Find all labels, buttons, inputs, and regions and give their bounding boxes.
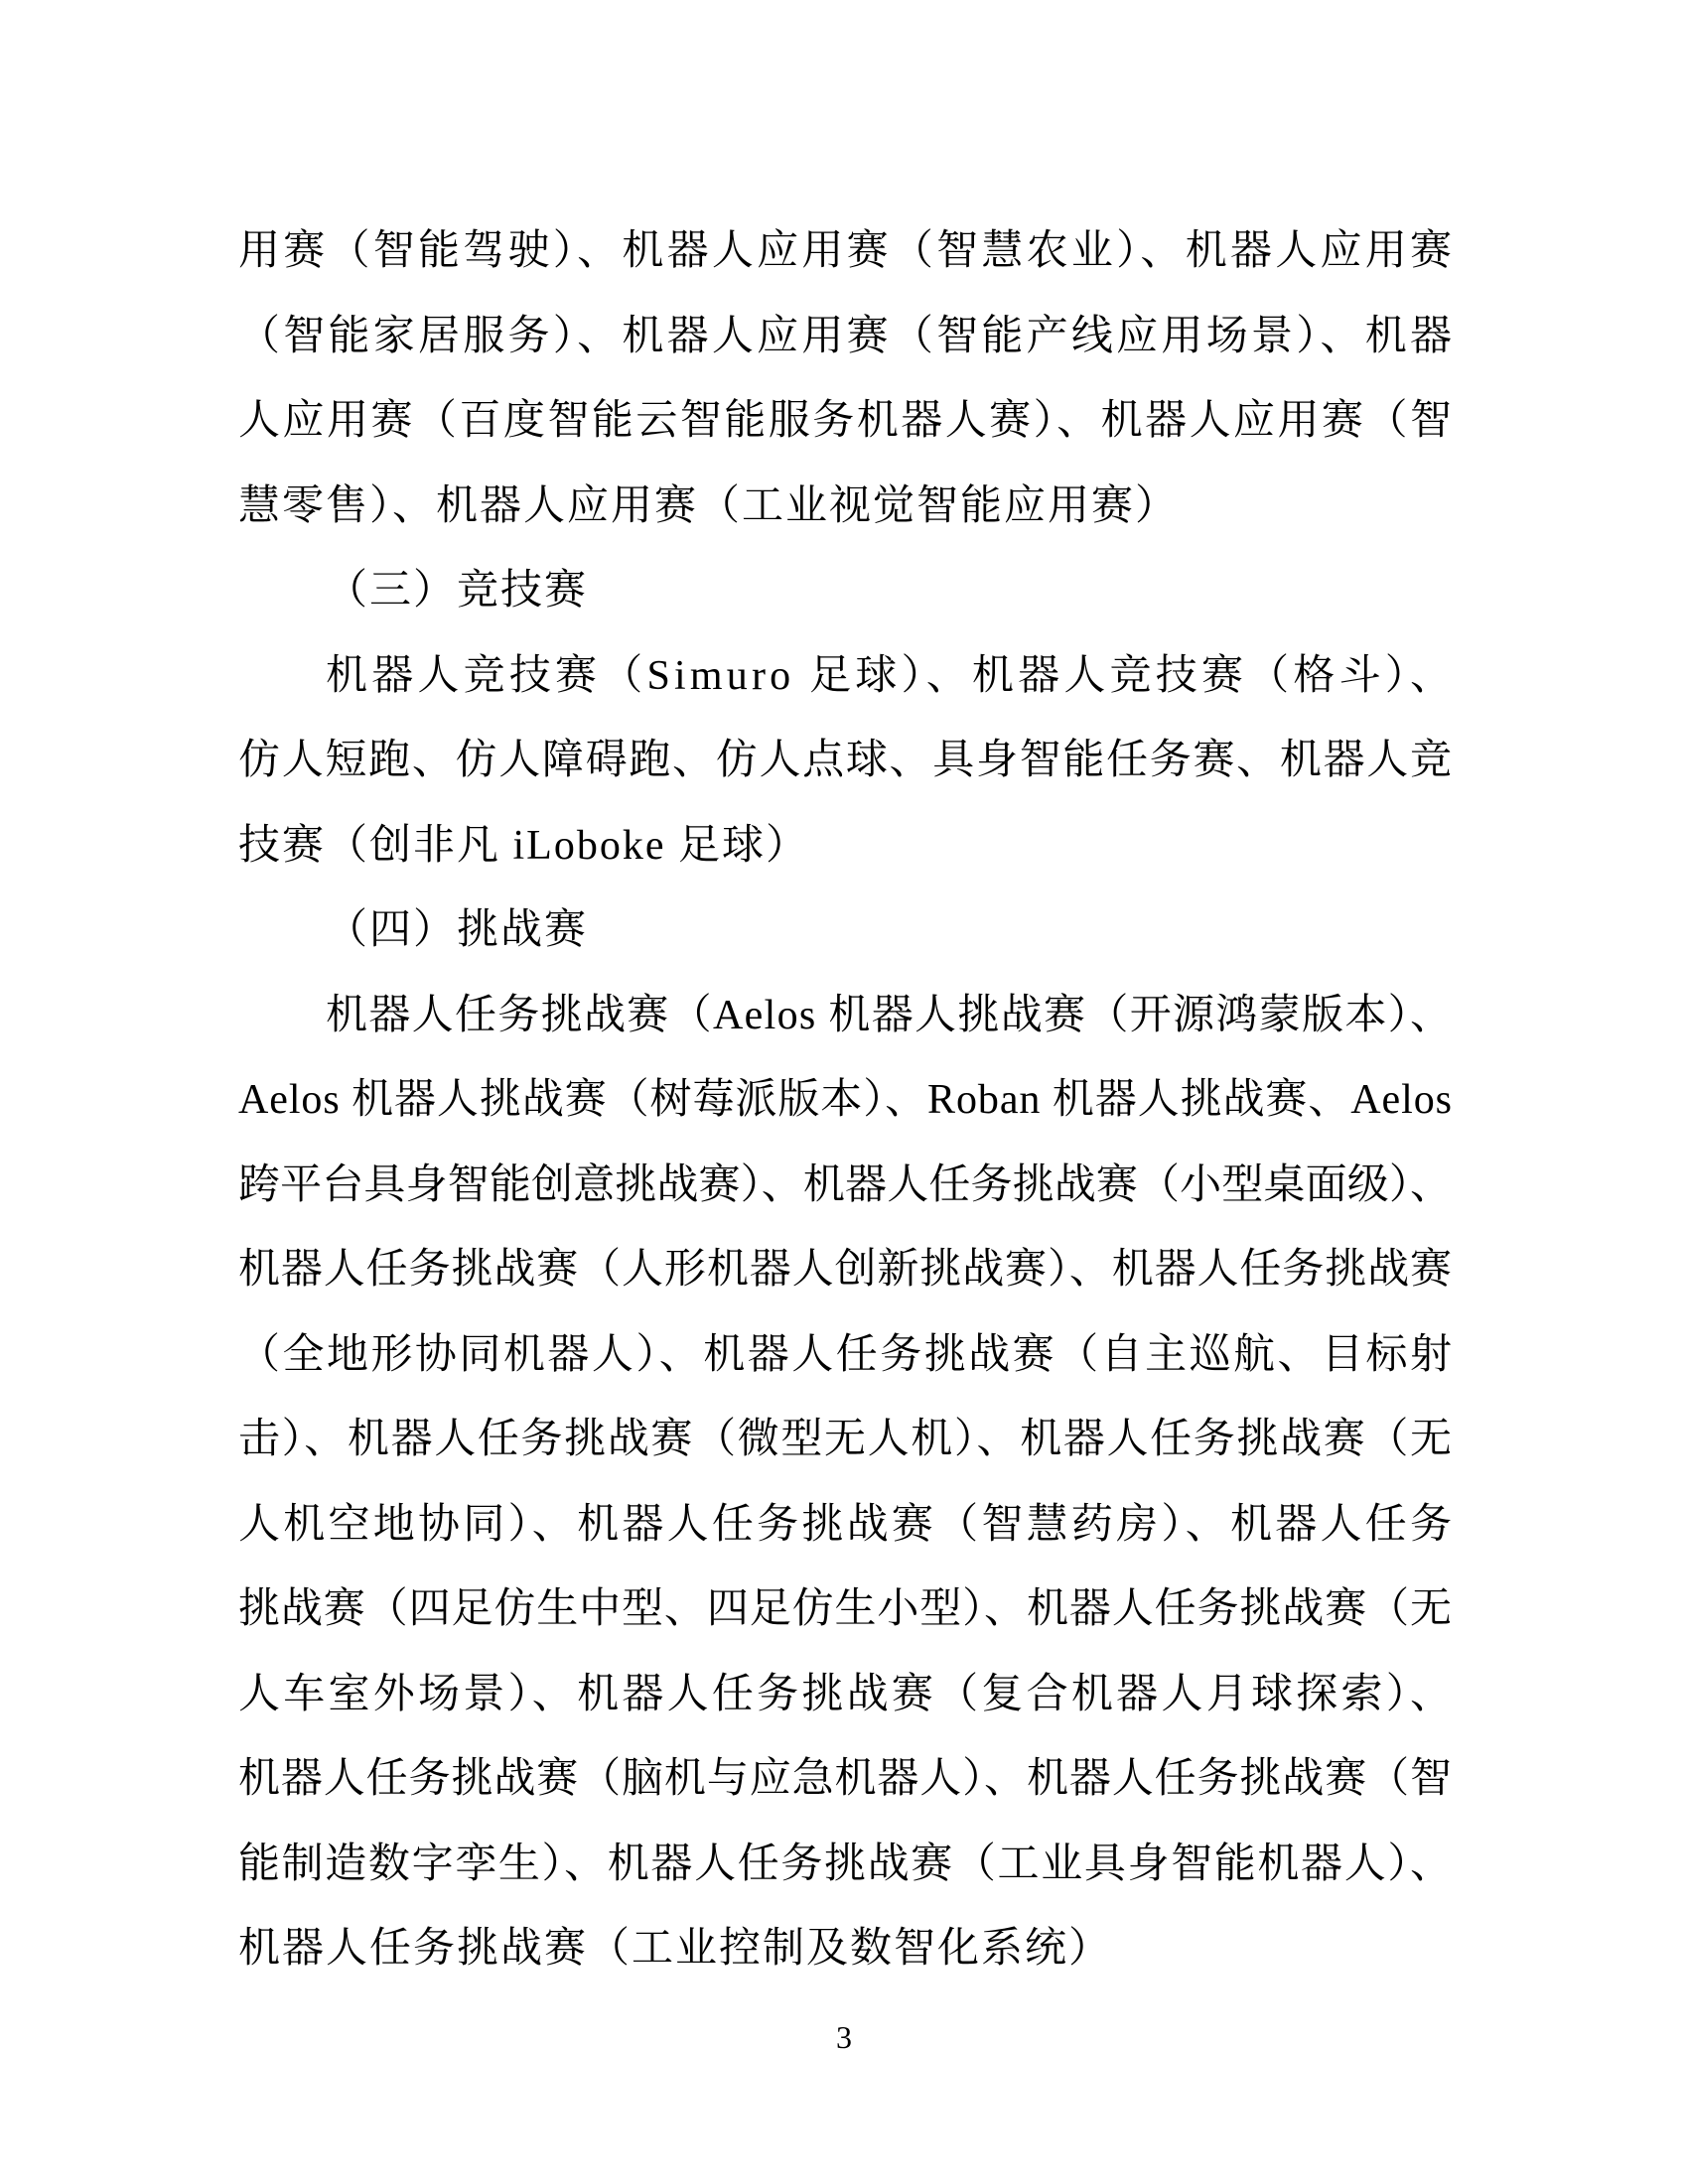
- text-line: 机器人竞技赛（Simuro 足球）、机器人竞技赛（格斗）、: [238, 634, 1452, 720]
- text-line-content: （三）竞技赛: [326, 568, 588, 614]
- text-line-content: 机器人任务挑战赛（脑机与应急机器人）、机器人任务挑战赛（智: [238, 1756, 1453, 1802]
- text-line-content: 人应用赛（百度智能云智能服务机器人赛）、机器人应用赛（智: [238, 398, 1454, 444]
- text-line-content: 机器人竞技赛（Simuro 足球）、机器人竞技赛（格斗）、: [326, 653, 1456, 699]
- text-line: Aelos 机器人挑战赛（树莓派版本）、Roban 机器人挑战赛、Aelos: [238, 1058, 1452, 1144]
- text-line: 仿人短跑、仿人障碍跑、仿人点球、具身智能任务赛、机器人竞: [238, 719, 1452, 804]
- text-line-content: （四）挑战赛: [326, 907, 588, 953]
- text-line-content: 机器人任务挑战赛（Aelos 机器人挑战赛（开源鸿蒙版本）、: [326, 993, 1453, 1038]
- text-line-content: 仿人短跑、仿人障碍跑、仿人点球、具身智能任务赛、机器人竞: [238, 738, 1454, 783]
- text-line: 挑战赛（四足仿生中型、四足仿生小型）、机器人任务挑战赛（无: [238, 1568, 1452, 1653]
- text-line: 技赛（创非凡 iLoboke 足球）: [238, 804, 1452, 889]
- text-line: （三）竞技赛: [238, 549, 1452, 634]
- text-line: 人车室外场景）、机器人任务挑战赛（复合机器人月球探索）、: [238, 1653, 1452, 1738]
- text-line: （智能家居服务）、机器人应用赛（智能产线应用场景）、机器: [238, 295, 1452, 380]
- text-line-content: 击）、机器人任务挑战赛（微型无人机）、机器人任务挑战赛（无: [238, 1417, 1454, 1462]
- text-line: 人机空地协同）、机器人任务挑战赛（智慧药房）、机器人任务: [238, 1483, 1452, 1569]
- text-line-content: 慧零售）、机器人应用赛（工业视觉智能应用赛）: [238, 483, 1179, 529]
- text-line-content: Aelos 机器人挑战赛（树莓派版本）、Roban 机器人挑战赛、Aelos: [238, 1077, 1453, 1123]
- text-line-content: 跨平台具身智能创意挑战赛）、机器人任务挑战赛（小型桌面级）、: [238, 1162, 1452, 1208]
- text-line: 机器人任务挑战赛（Aelos 机器人挑战赛（开源鸿蒙版本）、: [238, 974, 1452, 1059]
- text-line-content: 机器人任务挑战赛（工业控制及数智化系统）: [238, 1926, 1112, 1972]
- text-line-content: 能制造数字孪生）、机器人任务挑战赛（工业具身智能机器人）、: [238, 1842, 1454, 1887]
- text-line-content: 人车室外场景）、机器人任务挑战赛（复合机器人月球探索）、: [238, 1672, 1455, 1717]
- text-line-content: 用赛（智能驾驶）、机器人应用赛（智慧农业）、机器人应用赛: [238, 228, 1455, 274]
- text-line-content: （全地形协同机器人）、机器人任务挑战赛（自主巡航、目标射: [238, 1332, 1454, 1378]
- text-line: 机器人任务挑战赛（脑机与应急机器人）、机器人任务挑战赛（智: [238, 1737, 1452, 1823]
- text-line: 人应用赛（百度智能云智能服务机器人赛）、机器人应用赛（智: [238, 379, 1452, 465]
- page-number: 3: [0, 2019, 1688, 2056]
- text-line: 用赛（智能驾驶）、机器人应用赛（智慧农业）、机器人应用赛: [238, 209, 1452, 295]
- text-line: 机器人任务挑战赛（人形机器人创新挑战赛）、机器人任务挑战赛: [238, 1228, 1452, 1313]
- text-line: 慧零售）、机器人应用赛（工业视觉智能应用赛）: [238, 465, 1452, 550]
- text-line-content: （智能家居服务）、机器人应用赛（智能产线应用场景）、机器: [238, 314, 1455, 359]
- text-line: （四）挑战赛: [238, 888, 1452, 974]
- text-line-content: 人机空地协同）、机器人任务挑战赛（智慧药房）、机器人任务: [238, 1502, 1455, 1548]
- text-line-content: 技赛（创非凡 iLoboke 足球）: [238, 823, 809, 869]
- text-block: 用赛（智能驾驶）、机器人应用赛（智慧农业）、机器人应用赛（智能家居服务）、机器人…: [238, 209, 1452, 1992]
- text-line-content: 机器人任务挑战赛（人形机器人创新挑战赛）、机器人任务挑战赛: [238, 1247, 1453, 1293]
- text-line: （全地形协同机器人）、机器人任务挑战赛（自主巡航、目标射: [238, 1313, 1452, 1399]
- text-line: 击）、机器人任务挑战赛（微型无人机）、机器人任务挑战赛（无: [238, 1398, 1452, 1483]
- text-line: 能制造数字孪生）、机器人任务挑战赛（工业具身智能机器人）、: [238, 1823, 1452, 1908]
- text-line: 机器人任务挑战赛（工业控制及数智化系统）: [238, 1907, 1452, 1992]
- text-line: 跨平台具身智能创意挑战赛）、机器人任务挑战赛（小型桌面级）、: [238, 1144, 1452, 1229]
- text-line-content: 挑战赛（四足仿生中型、四足仿生小型）、机器人任务挑战赛（无: [238, 1586, 1453, 1632]
- document-page: 用赛（智能驾驶）、机器人应用赛（智慧农业）、机器人应用赛（智能家居服务）、机器人…: [0, 0, 1688, 2184]
